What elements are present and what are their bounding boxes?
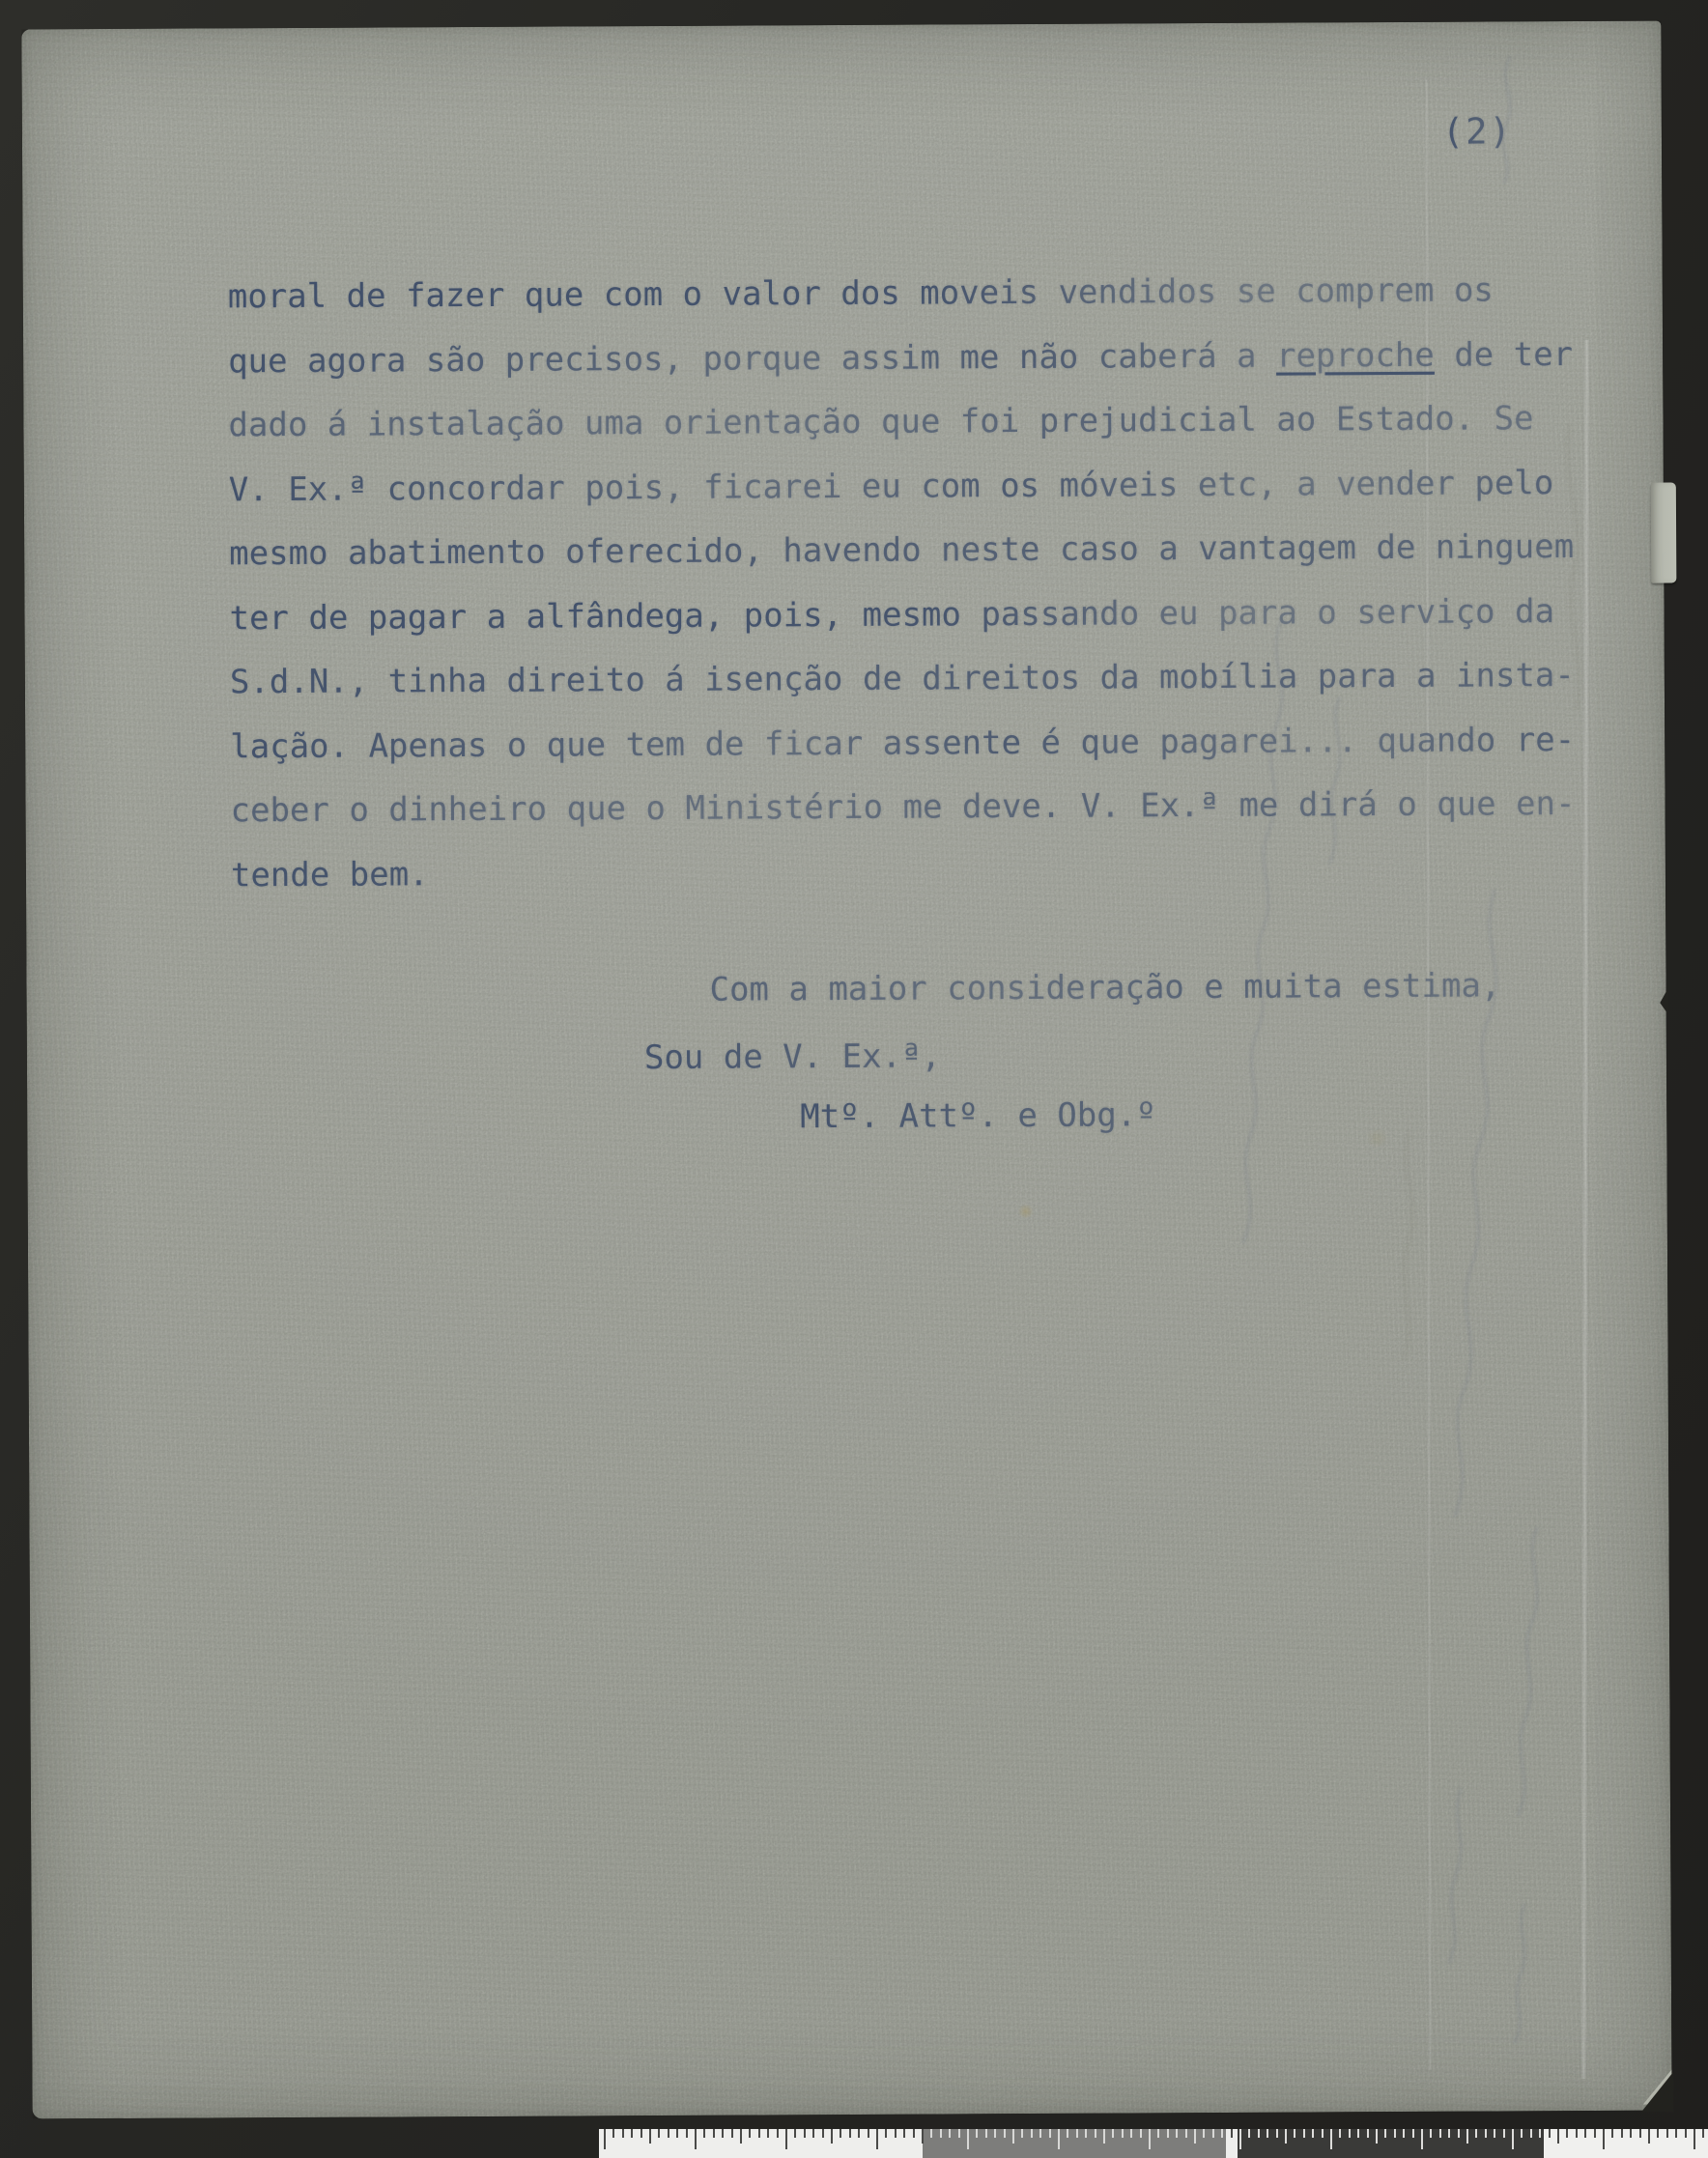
ruler-tick xyxy=(1530,2129,1532,2138)
ruler-tick xyxy=(631,2129,633,2138)
typed-line: S.d.N., tinha direito á isenção de direi… xyxy=(230,643,1575,715)
ruler-tick xyxy=(1103,2129,1105,2144)
ruler-tick xyxy=(758,2129,760,2138)
ruler-tick xyxy=(1085,2129,1087,2138)
ruler-tick xyxy=(1621,2129,1623,2138)
ruler-tick xyxy=(1603,2129,1605,2149)
ruler-tick xyxy=(985,2129,987,2138)
typed-line: V. Ex.ª concordar pois, ficarei eu com o… xyxy=(229,451,1574,523)
ruler-tick xyxy=(703,2129,705,2138)
ruler-tick xyxy=(1322,2129,1324,2138)
letter-body: moral de fazer que com o valor dos movei… xyxy=(228,258,1576,907)
ruler-tick xyxy=(1549,2129,1551,2138)
ruler-tick xyxy=(1176,2129,1178,2138)
ruler-tick xyxy=(1485,2129,1487,2138)
closing-salutation: Com a maior consideração e muita estima, xyxy=(709,966,1500,1008)
ruler-tick xyxy=(658,2129,660,2138)
paper-crease xyxy=(1580,340,1590,2079)
ruler-segment xyxy=(1544,2129,1708,2158)
ruler-tick xyxy=(876,2129,878,2149)
ruler-tick xyxy=(822,2129,824,2138)
ruler-tick xyxy=(1466,2129,1468,2144)
ruler-tick xyxy=(1239,2129,1241,2149)
ruler-tick xyxy=(1685,2129,1687,2138)
ruler-tick xyxy=(1666,2129,1668,2138)
ruler-tick xyxy=(668,2129,669,2138)
ruler-tick xyxy=(1122,2129,1124,2138)
ruler-tick xyxy=(922,2129,924,2144)
ruler-tick xyxy=(930,2129,932,2138)
ruler-tick xyxy=(612,2129,614,2138)
ruler-tick xyxy=(1584,2129,1586,2138)
typed-line: tende bem. xyxy=(231,837,1576,908)
ruler-tick xyxy=(622,2129,624,2138)
typed-line: ceber o dinheiro que o Ministério me dev… xyxy=(230,772,1575,843)
ruler-tick xyxy=(1194,2129,1196,2144)
ruler-tick xyxy=(1648,2129,1650,2144)
ruler-tick xyxy=(1367,2129,1369,2138)
ruler-tick xyxy=(1439,2129,1441,2138)
ruler-tick xyxy=(1312,2129,1314,2138)
ruler-tick xyxy=(1512,2129,1514,2149)
typed-line: que agora são precisos, porque assim me … xyxy=(228,323,1573,394)
ruler-tick xyxy=(1021,2129,1023,2138)
paper-edge-notch xyxy=(1659,987,1669,1016)
letter-page: (2) moral de fazer que com o valor dos m… xyxy=(21,21,1671,2119)
ruler-tick xyxy=(1076,2129,1078,2138)
ruler-tick xyxy=(1212,2129,1214,2138)
ruler-tick xyxy=(1031,2129,1033,2138)
ruler-tick xyxy=(868,2129,869,2138)
ruler-tick xyxy=(1503,2129,1505,2138)
ruler-tick xyxy=(1004,2129,1006,2138)
ruler-tick xyxy=(1639,2129,1641,2138)
scan-background: { "document": { "page_number": "(2)", "p… xyxy=(0,0,1708,2158)
ruler-tick xyxy=(1357,2129,1359,2138)
ruler-tick xyxy=(804,2129,806,2138)
ruler-tick xyxy=(1058,2129,1060,2149)
ruler-tick xyxy=(640,2129,642,2138)
ruler-tick xyxy=(649,2129,651,2144)
ruler-tick xyxy=(994,2129,996,2138)
ruler-tick xyxy=(913,2129,915,2138)
ruler-tick xyxy=(713,2129,715,2138)
ruler-tick xyxy=(949,2129,951,2138)
ruler-tick xyxy=(1203,2129,1205,2138)
ruler-tick xyxy=(831,2129,833,2144)
ruler-tick xyxy=(1285,2129,1287,2144)
ruler-tick xyxy=(1566,2129,1568,2138)
ruler-tick xyxy=(1521,2129,1523,2138)
typed-text: de ter xyxy=(1435,335,1574,375)
typed-line: lação. Apenas o que tem de ficar assente… xyxy=(230,708,1575,780)
typed-line: ter de pagar a alfândega, pois, mesmo pa… xyxy=(229,580,1574,651)
ruler-tick xyxy=(749,2129,751,2138)
ruler-tick xyxy=(1349,2129,1351,2138)
ruler-tick xyxy=(1112,2129,1114,2138)
ruler-tick xyxy=(740,2129,742,2144)
ruler-tick xyxy=(1140,2129,1142,2138)
ruler-tick xyxy=(1231,2129,1233,2138)
underlined-word: reproche xyxy=(1276,335,1435,375)
ruler-tick xyxy=(1475,2129,1477,2138)
ruler-tick xyxy=(1330,2129,1332,2149)
ruler-tick xyxy=(967,2129,969,2149)
ruler-tick xyxy=(1267,2129,1268,2138)
closing-abbreviation: Mtº. Attº. e Obg.º xyxy=(800,1095,1156,1136)
ruler-tick xyxy=(1339,2129,1341,2138)
ruler-tick xyxy=(903,2129,905,2138)
ruler-tick xyxy=(1694,2129,1695,2149)
ruler-segment xyxy=(1238,2129,1544,2158)
paper-stain xyxy=(1364,1129,1389,1147)
ruler-tick xyxy=(731,2129,733,2138)
ruler-tick xyxy=(1049,2129,1051,2138)
ruler-tick xyxy=(1095,2129,1096,2138)
ruler-tick xyxy=(1611,2129,1613,2138)
page-number: (2) xyxy=(1442,110,1513,152)
ruler-tick xyxy=(1039,2129,1041,2138)
ruler-tick xyxy=(1376,2129,1378,2144)
ruler-tick xyxy=(958,2129,960,2138)
ruler-tick xyxy=(777,2129,779,2138)
ruler-tick xyxy=(1657,2129,1659,2138)
ruler-tick xyxy=(1594,2129,1596,2138)
ruler-tick xyxy=(1303,2129,1305,2138)
ruler-tick xyxy=(1421,2129,1423,2149)
ruler-tick xyxy=(1067,2129,1068,2138)
ruler-tick xyxy=(1448,2129,1450,2138)
ruler-tick xyxy=(1458,2129,1460,2138)
ruler-tick xyxy=(976,2129,978,2138)
ruler-tick xyxy=(840,2129,841,2138)
ruler-tick xyxy=(1276,2129,1278,2138)
ruler-tick xyxy=(1412,2129,1414,2138)
ruler-tick xyxy=(767,2129,769,2138)
ruler-tick xyxy=(858,2129,860,2138)
typed-text: que agora são precisos, porque assim me … xyxy=(228,336,1276,381)
ruler-tick xyxy=(849,2129,851,2138)
ruler-tick xyxy=(1130,2129,1132,2138)
ruler-tick xyxy=(695,2129,697,2149)
ruler-tick xyxy=(1157,2129,1159,2138)
ruler-tick xyxy=(1294,2129,1295,2138)
ruler-tick xyxy=(1394,2129,1396,2138)
ruler-tick xyxy=(812,2129,814,2138)
ruler-tick xyxy=(794,2129,796,2138)
ruler-tick xyxy=(604,2129,606,2149)
ruler-tick xyxy=(1557,2129,1559,2144)
ruler-tick xyxy=(1258,2129,1260,2138)
ruler-tick xyxy=(1012,2129,1014,2144)
ruler-segment xyxy=(599,2129,923,2158)
typed-line: dado á instalação uma orientação que foi… xyxy=(228,386,1573,458)
ruler-tick xyxy=(1167,2129,1169,2138)
ruler-tick xyxy=(1149,2129,1151,2149)
ruler-tick xyxy=(1539,2129,1541,2138)
ruler-tick xyxy=(1576,2129,1578,2138)
typed-line: moral de fazer que com o valor dos movei… xyxy=(228,258,1573,329)
ruler-tick xyxy=(722,2129,724,2138)
ruler-tick xyxy=(1185,2129,1187,2138)
ruler-tick xyxy=(1430,2129,1432,2138)
closing-signoff: Sou de V. Ex.ª, xyxy=(644,1036,941,1077)
ruler-tick xyxy=(1384,2129,1386,2138)
ruler-tick xyxy=(676,2129,678,2138)
ruler-tick xyxy=(1494,2129,1495,2138)
ruler-tick xyxy=(1630,2129,1632,2138)
ruler-tick xyxy=(785,2129,787,2149)
ruler-tick xyxy=(1403,2129,1405,2138)
ruler-tick xyxy=(686,2129,688,2138)
ruler-tick xyxy=(1702,2129,1704,2138)
ruler-tick xyxy=(1221,2129,1223,2138)
ruler-tick xyxy=(1248,2129,1250,2138)
ruler-tick xyxy=(885,2129,887,2138)
paper-edge-tab xyxy=(1651,482,1677,582)
paper-stain xyxy=(1017,1205,1035,1218)
ruler-tick xyxy=(895,2129,897,2138)
typed-line: mesmo abatimento oferecido, havendo nest… xyxy=(229,515,1574,586)
ruler-tick xyxy=(1675,2129,1677,2138)
ruler-tick xyxy=(940,2129,942,2138)
color-scale-ruler xyxy=(599,2129,1708,2158)
